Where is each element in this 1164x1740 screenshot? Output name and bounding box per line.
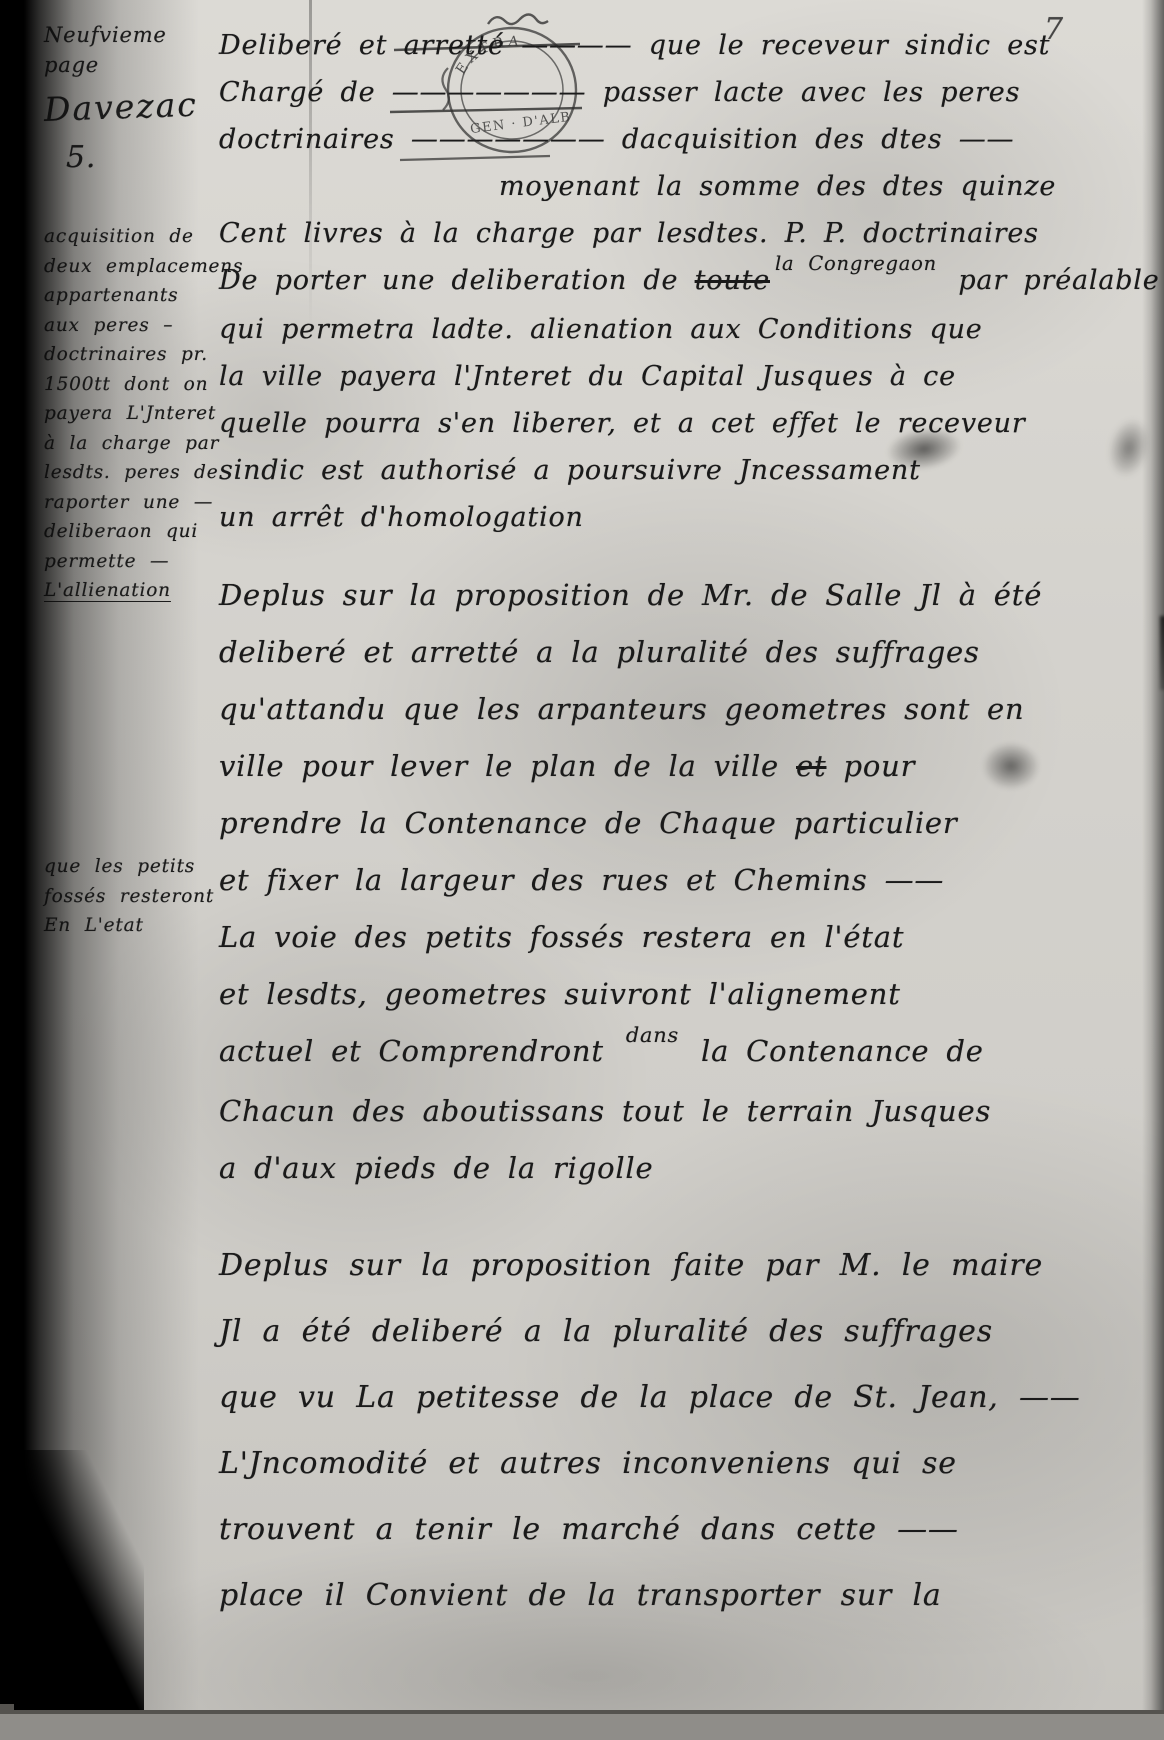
interlinear-insertion: la Congregaon	[775, 252, 937, 275]
stamp-text-top: EXTRA	[453, 34, 523, 78]
body-line: qu'attandu que les arpanteurs geometres …	[219, 681, 1164, 738]
paragraph-marche: Deplus sur la proposition faite par M. l…	[219, 1233, 1164, 1629]
body-line: et fixer la largeur des rues et Chemins …	[219, 852, 1164, 909]
manuscript-page: Neufvieme page Davezac 5. acquisition de…	[14, 0, 1164, 1710]
body-line: doctrinaires ——————— dacquisition des dt…	[219, 116, 1164, 163]
body-line: Cent livres à la charge par lesdtes. P. …	[219, 210, 1164, 257]
body-line: deliberé et arretté a la pluralité des s…	[219, 624, 1164, 681]
paragraph-arpenteurs: Deplus sur la proposition de Mr. de Sall…	[219, 567, 1164, 1197]
body-line: sindic est authorisé a poursuivre Jncess…	[219, 447, 1164, 494]
body-line: prendre la Contenance de Chaque particul…	[219, 795, 1164, 852]
body-line: La voie des petits fossés restera en l'é…	[219, 909, 1164, 966]
main-text: Deliberé et arretté ———— que le receveur…	[219, 22, 1164, 1629]
body-line-segment: De porter une deliberation de	[219, 265, 695, 296]
body-line: Deplus sur la proposition faite par M. l…	[219, 1233, 1164, 1299]
binding-gutter-shadow-bottom	[14, 1450, 144, 1710]
page-stack-edge	[0, 1710, 1164, 1740]
paragraph-deliberation: Deliberé et arretté ———— que le receveur…	[219, 22, 1164, 541]
interlinear-insertion: dans	[626, 1023, 679, 1047]
body-line: Chacun des aboutissans tout le terrain J…	[219, 1083, 1164, 1140]
body-line-segment: ville pour lever le plan de la ville	[219, 749, 796, 783]
body-line: Chargé de ——————— passer lacte avec les …	[219, 69, 1164, 116]
body-line: place il Convient de la transporter sur …	[219, 1563, 1164, 1629]
body-line: a d'aux pieds de la rigolle	[219, 1140, 1164, 1197]
struck-word: toute	[695, 265, 770, 296]
body-line: que vu La petitesse de la place de St. J…	[219, 1365, 1164, 1431]
svg-text:EXTRA: EXTRA	[453, 34, 523, 78]
manuscript-scan: Neufvieme page Davezac 5. acquisition de…	[0, 0, 1164, 1740]
body-line: un arrêt d'homologation	[219, 494, 1164, 541]
body-line: moyenant la somme des dtes quinze	[219, 163, 1164, 210]
folio-number: 7	[1044, 12, 1064, 47]
body-line: L'Jncomodité et autres inconveniens qui …	[219, 1431, 1164, 1497]
body-line: Jl a été deliberé a la pluralité des suf…	[219, 1299, 1164, 1365]
notarial-stamp-icon: EXTRA GEN · D'ALB	[430, 10, 594, 162]
body-line: trouvent a tenir le marché dans cette ——	[219, 1497, 1164, 1563]
body-line: quelle pourra s'en liberer, et a cet eff…	[219, 400, 1164, 447]
body-line-segment: actuel et Comprendront	[219, 1034, 621, 1068]
body-line-segment: la Contenance de	[684, 1034, 984, 1068]
body-line: Deplus sur la proposition de Mr. de Sall…	[219, 567, 1164, 624]
body-line: qui permetra ladte. alienation aux Condi…	[219, 306, 1164, 353]
body-line-segment: par préalable	[942, 265, 1160, 296]
body-line: la ville payera l'Jnteret du Capital Jus…	[219, 353, 1164, 400]
body-line: Deliberé et arretté ———— que le receveur…	[219, 22, 1164, 69]
body-line-with-correction: De porter une deliberation de toutela Co…	[219, 257, 1164, 306]
body-line-with-correction: ville pour lever le plan de la ville et …	[219, 738, 1164, 795]
struck-word: et	[796, 749, 826, 783]
page-right-edge-shadow	[1142, 0, 1164, 1710]
body-line-with-insertion: actuel et Comprendront dans la Contenanc…	[219, 1023, 1164, 1083]
body-line-segment: pour	[826, 749, 915, 783]
body-line: et lesdts, geometres suivront l'aligneme…	[219, 966, 1164, 1023]
